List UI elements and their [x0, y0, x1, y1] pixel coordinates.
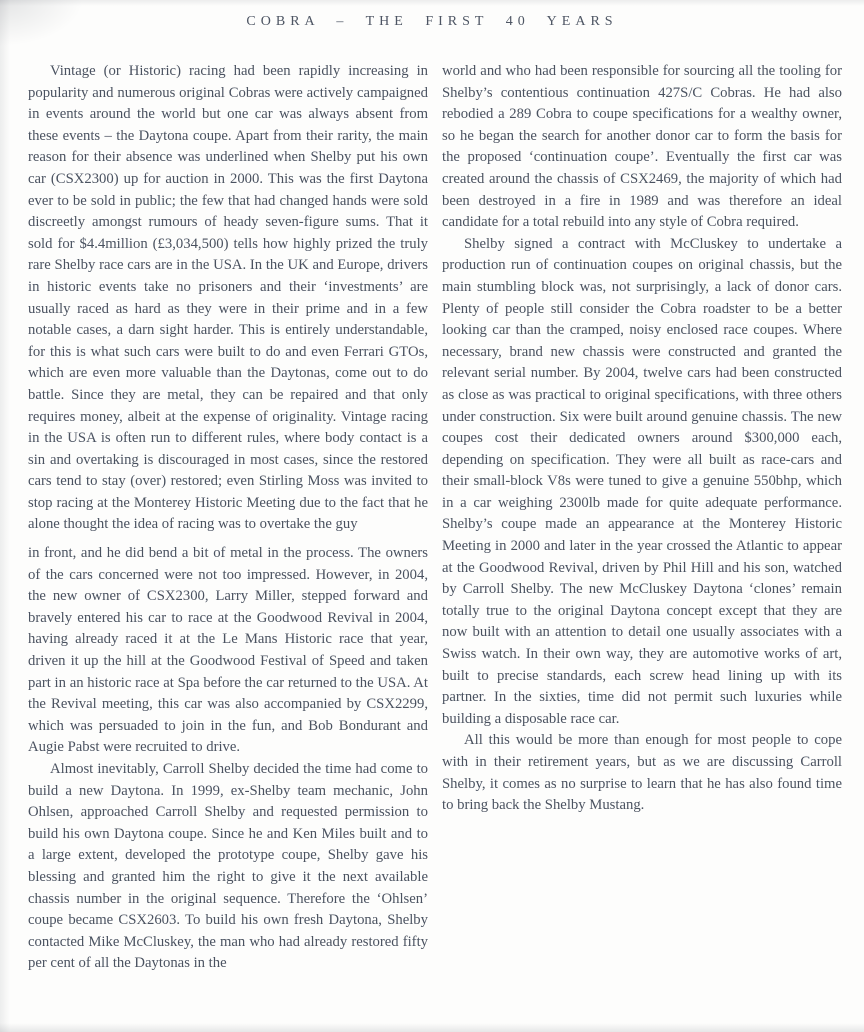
right-column: world and who had been responsible for s… — [442, 61, 842, 975]
left-column-paragraph-1: Vintage (or Historic) racing had been ra… — [28, 61, 428, 536]
scan-left-edge-shadow — [0, 0, 10, 1032]
left-column-paragraph-2: in front, and he did bend a bit of metal… — [28, 543, 428, 759]
scan-bottom-edge-shadow — [0, 1023, 864, 1032]
scan-top-edge-shadow — [0, 0, 864, 6]
text-columns: Vintage (or Historic) racing had been ra… — [28, 61, 842, 975]
page-header-title: COBRA – THE FIRST 40 YEARS — [0, 14, 864, 30]
right-column-paragraph-1: world and who had been responsible for s… — [442, 61, 842, 234]
left-column-paragraph-3: Almost inevitably, Carroll Shelby decide… — [28, 759, 428, 975]
book-page: COBRA – THE FIRST 40 YEARS Vintage (or H… — [0, 0, 864, 1032]
right-column-paragraph-2: Shelby signed a contract with McCluskey … — [442, 234, 842, 731]
right-column-paragraph-3: All this would be more than enough for m… — [442, 730, 842, 816]
left-column: Vintage (or Historic) racing had been ra… — [28, 61, 428, 975]
